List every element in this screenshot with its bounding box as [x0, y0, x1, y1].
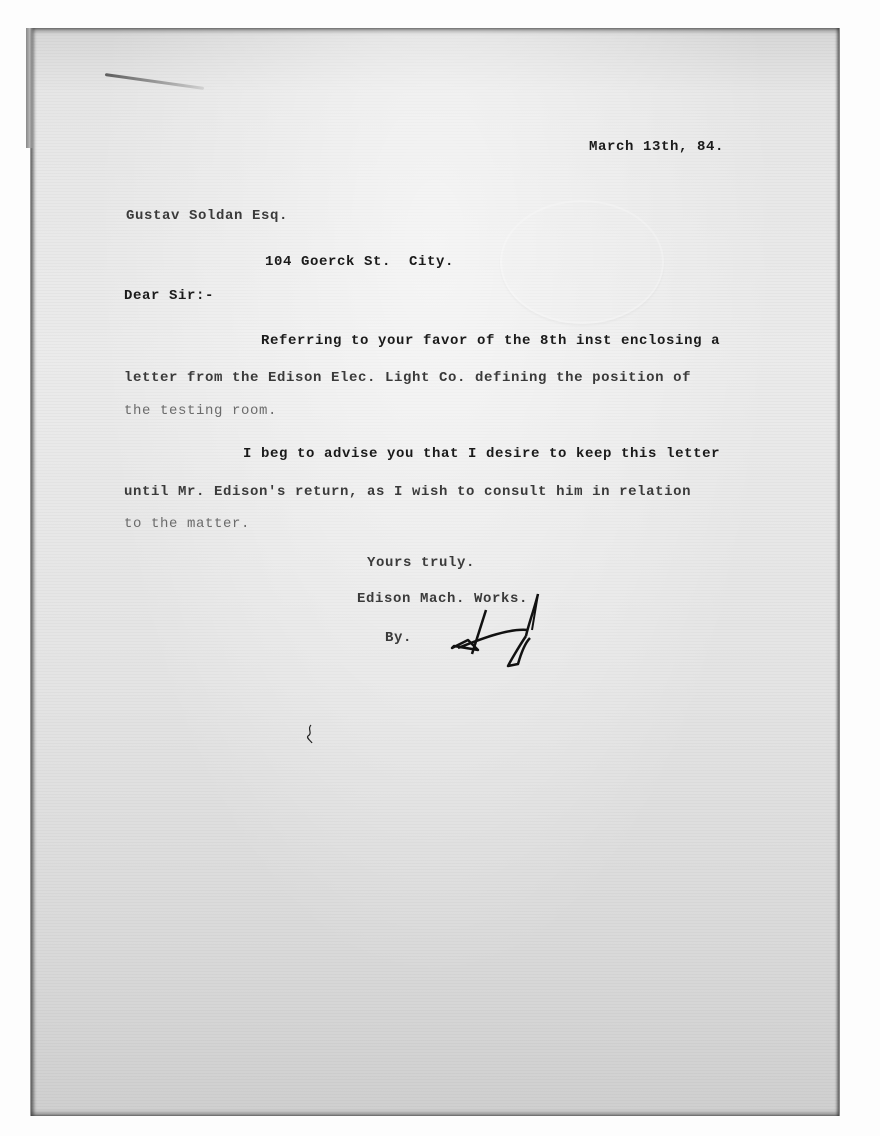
- recipient-address: 104 Goerck St. City.: [265, 254, 454, 270]
- signature-icon: [448, 590, 548, 670]
- body-paragraph-1-line-2: letter from the Edison Elec. Light Co. d…: [124, 370, 691, 386]
- recipient-name: Gustav Soldan Esq.: [126, 208, 288, 224]
- body-paragraph-2-line-1: I beg to advise you that I desire to kee…: [243, 446, 720, 462]
- body-paragraph-1-line-1: Referring to your favor of the 8th inst …: [261, 333, 720, 349]
- closing: Yours truly.: [367, 555, 475, 571]
- page-edge-shadow: [26, 28, 34, 148]
- pencil-mark-icon: [305, 724, 315, 744]
- by-label: By.: [385, 630, 412, 646]
- letter-date: March 13th, 84.: [589, 139, 724, 155]
- body-paragraph-2-line-2: until Mr. Edison's return, as I wish to …: [124, 484, 691, 500]
- salutation: Dear Sir:-: [124, 288, 214, 304]
- body-paragraph-1-line-3: the testing room.: [124, 403, 277, 419]
- body-paragraph-2-line-3: to the matter.: [124, 516, 250, 532]
- letter-page: [30, 28, 840, 1116]
- embossed-watermark: [500, 200, 664, 324]
